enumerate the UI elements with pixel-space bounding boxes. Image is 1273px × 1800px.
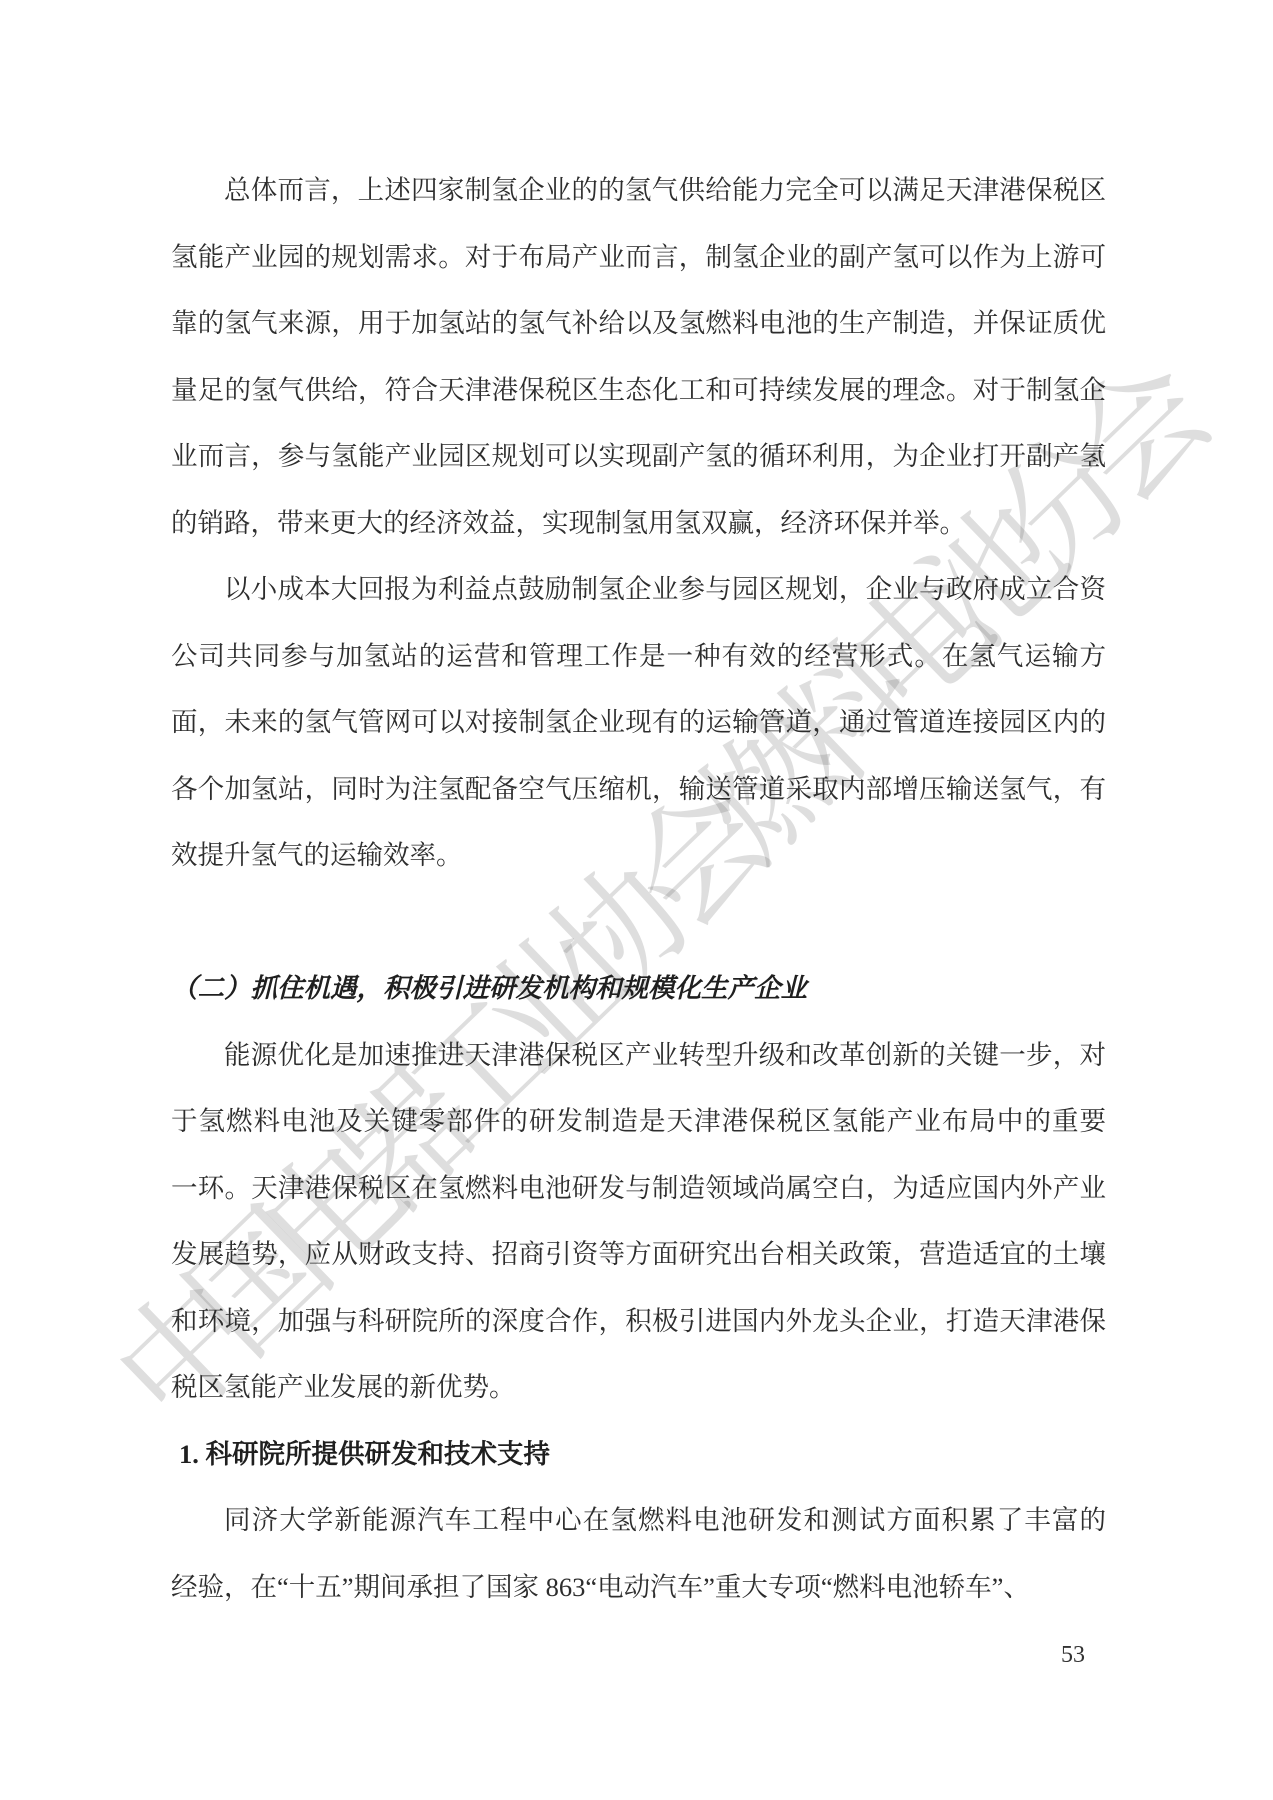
text-line: 同济大学新能源汽车工程中心在氢燃料电池研发和测试方面积累了丰富的 <box>171 1487 1106 1554</box>
text-line: 能源优化是加速推进天津港保税区产业转型升级和改革创新的关键一步，对 <box>171 1022 1106 1089</box>
paragraph-6: 同济大学新能源汽车工程中心在氢燃料电池研发和测试方面积累了丰富的经验，在“十五”… <box>171 1487 1106 1620</box>
paragraph-2: 以小成本大回报为利益点鼓励制氢企业参与园区规划，企业与政府成立合资公司共同参与加… <box>171 556 1106 889</box>
text-line: 的销路，带来更大的经济效益，实现制氢用氢双赢，经济环保并举。 <box>171 490 1106 557</box>
text-line: 各个加氢站，同时为注氢配备空气压缩机，输送管道采取内部增压输送氢气，有 <box>171 756 1106 823</box>
text-line: 发展趋势，应从财政支持、招商引资等方面研究出台相关政策，营造适宜的土壤 <box>171 1221 1106 1288</box>
page-number: 53 <box>1048 1638 1098 1672</box>
text-line: 氢能产业园的规划需求。对于布局产业而言，制氢企业的副产氢可以作为上游可 <box>171 224 1106 291</box>
paragraph-1: 总体而言，上述四家制氢企业的的氢气供给能力完全可以满足天津港保税区氢能产业园的规… <box>171 157 1106 556</box>
paragraph-4: 能源优化是加速推进天津港保税区产业转型升级和改革创新的关键一步，对于氢燃料电池及… <box>171 1022 1106 1421</box>
text-line: 业而言，参与氢能产业园区规划可以实现副产氢的循环利用，为企业打开副产氢 <box>171 423 1106 490</box>
text-line: 一环。天津港保税区在氢燃料电池研发与制造领域尚属空白，为适应国内外产业 <box>171 1155 1106 1222</box>
document-content: 总体而言，上述四家制氢企业的的氢气供给能力完全可以满足天津港保税区氢能产业园的规… <box>171 157 1106 1620</box>
section-heading-3: （二）抓住机遇，积极引进研发机构和规模化生产企业 <box>171 955 1106 1022</box>
text-line: 效提升氢气的运输效率。 <box>171 822 1106 889</box>
text-line: 面，未来的氢气管网可以对接制氢企业现有的运输管道，通过管道连接园区内的 <box>171 689 1106 756</box>
text-line: 量足的氢气供给，符合天津港保税区生态化工和可持续发展的理念。对于制氢企 <box>171 357 1106 424</box>
text-line: 公司共同参与加氢站的运营和管理工作是一种有效的经营形式。在氢气运输方 <box>171 623 1106 690</box>
text-line: 总体而言，上述四家制氢企业的的氢气供给能力完全可以满足天津港保税区 <box>171 157 1106 224</box>
text-line: 1. 科研院所提供研发和技术支持 <box>179 1421 1106 1488</box>
numbered-heading-5: 1. 科研院所提供研发和技术支持 <box>171 1421 1106 1488</box>
text-line: 以小成本大回报为利益点鼓励制氢企业参与园区规划，企业与政府成立合资 <box>171 556 1106 623</box>
text-line: （二）抓住机遇，积极引进研发机构和规模化生产企业 <box>171 955 1106 1022</box>
text-line: 税区氢能产业发展的新优势。 <box>171 1354 1106 1421</box>
text-line: 和环境，加强与科研院所的深度合作，积极引进国内外龙头企业，打造天津港保 <box>171 1288 1106 1355</box>
text-line: 靠的氢气来源，用于加氢站的氢气补给以及氢燃料电池的生产制造，并保证质优 <box>171 290 1106 357</box>
document-page: 中国电器工业协会燃料电池分会 总体而言，上述四家制氢企业的的氢气供给能力完全可以… <box>0 0 1273 1800</box>
text-line: 经验，在“十五”期间承担了国家 863“电动汽车”重大专项“燃料电池轿车”、 <box>171 1554 1106 1621</box>
text-line: 于氢燃料电池及关键零部件的研发制造是天津港保税区氢能产业布局中的重要 <box>171 1088 1106 1155</box>
